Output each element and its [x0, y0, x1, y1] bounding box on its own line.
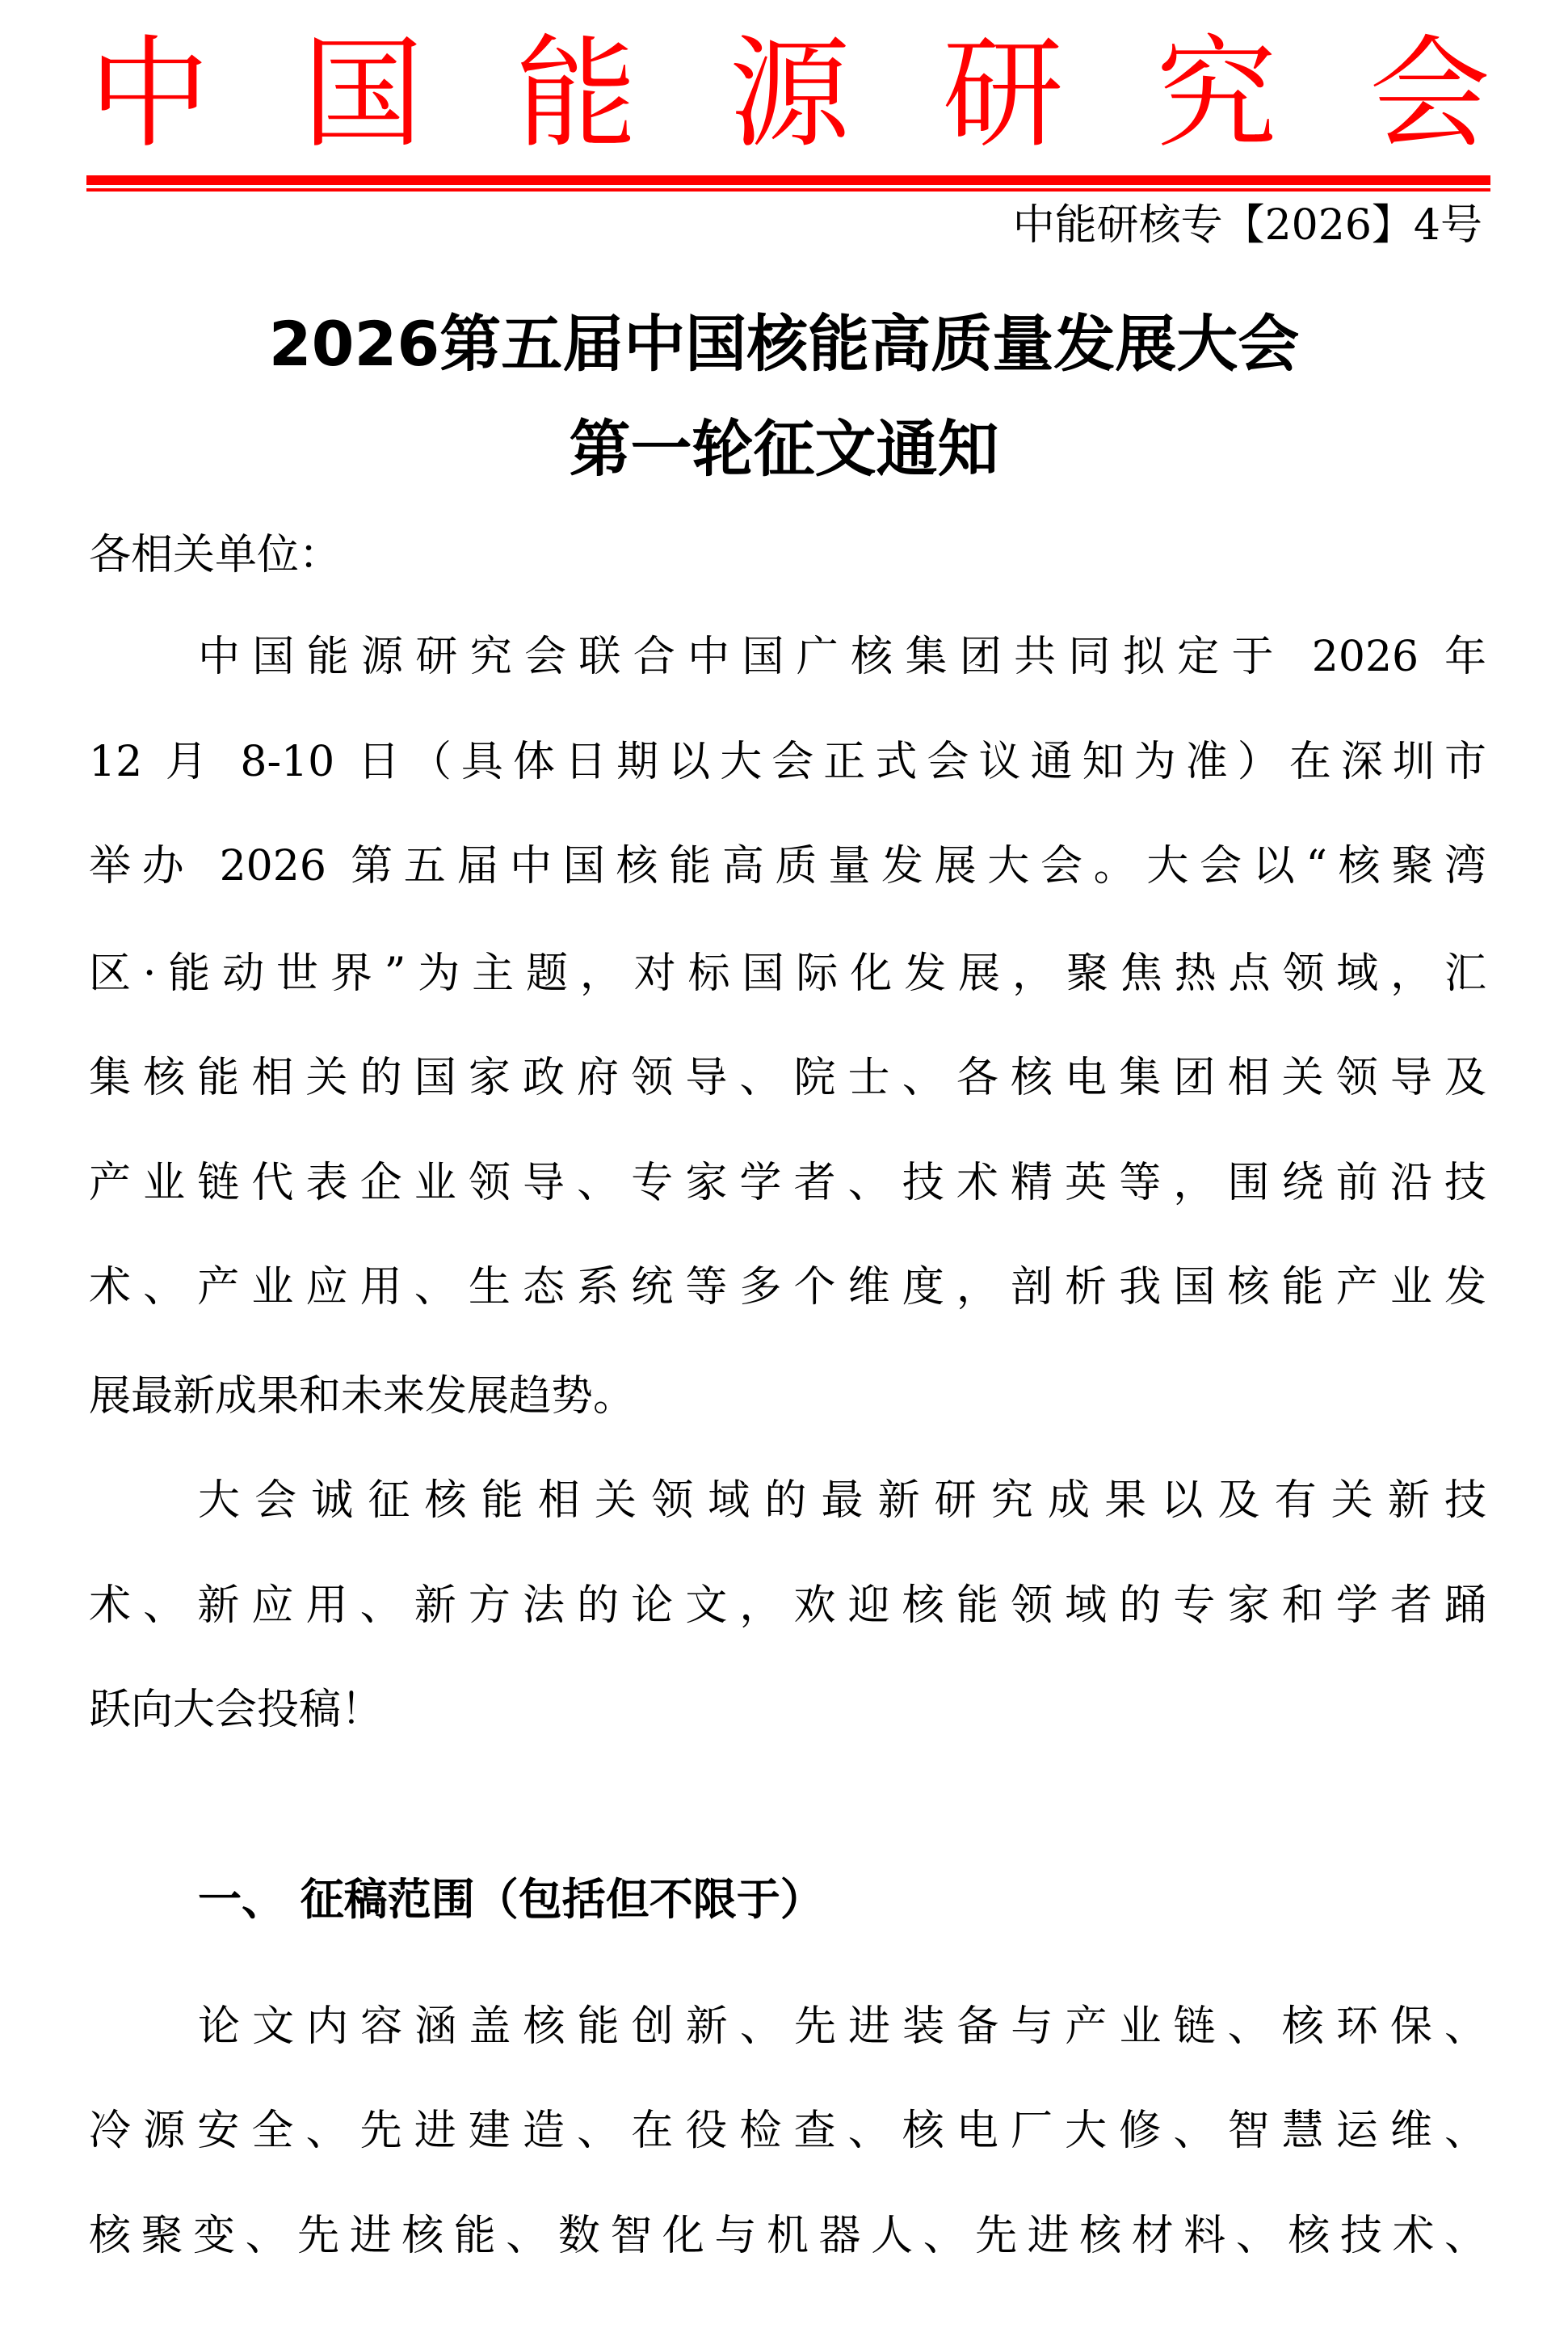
paragraph-line: 举办 2026 第五届中国核能高质量发展大会。大会以“核聚湾	[89, 838, 1486, 895]
paragraph-line: 术、新应用、新方法的论文，欢迎核能领域的专家和学者踊	[89, 1577, 1486, 1634]
paragraph-line: 大会诚征核能相关领域的最新研究成果以及有关新技	[198, 1472, 1486, 1529]
org-char: 中	[89, 24, 210, 166]
salutation: 各相关单位：	[89, 527, 1486, 583]
paragraph-line: 中国能源研究会联合中国广核集团共同拟定于 2026 年	[198, 629, 1486, 685]
org-char: 源	[729, 24, 850, 166]
document-title-line-2: 第一轮征文通知	[0, 411, 1568, 488]
paragraph-line: 论文内容涵盖核能创新、先进装备与产业链、核环保、	[198, 1998, 1486, 2055]
document-number: 中能研核专【2026】4号	[1013, 200, 1482, 251]
org-char: 会	[1369, 24, 1490, 166]
org-char: 研	[943, 24, 1064, 166]
org-char: 能	[515, 24, 637, 166]
paragraph-line: 跃向大会投稿！	[89, 1682, 1486, 1738]
paragraph-line: 展最新成果和未来发展趋势。	[89, 1368, 1486, 1425]
paragraph-line: 冷源安全、先进建造、在役检查、核电厂大修、智慧运维、	[89, 2103, 1486, 2159]
paragraph-line: 12 月 8-10 日（具体日期以大会正式会议通知为准）在深圳市	[89, 734, 1486, 790]
org-char: 国	[302, 24, 423, 166]
organization-name: 中 国 能 源 研 究 会	[89, 24, 1490, 166]
red-divider-thick	[86, 175, 1490, 185]
paragraph-line: 核聚变、先进核能、数智化与机器人、先进核材料、核技术、	[89, 2208, 1486, 2264]
paragraph-line: 产业链代表企业领导、专家学者、技术精英等，围绕前沿技	[89, 1155, 1486, 1211]
org-char: 究	[1156, 24, 1277, 166]
document-title-line-1: 2026第五届中国核能高质量发展大会	[0, 305, 1568, 383]
red-divider-thin	[86, 188, 1490, 192]
paragraph-line: 区·能动世界”为主题，对标国际化发展，聚焦热点领域，汇	[89, 945, 1486, 1002]
paragraph-line: 术、产业应用、生态系统等多个维度，剖析我国核能产业发	[89, 1259, 1486, 1316]
paragraph-line: 集核能相关的国家政府领导、院士、各核电集团相关领导及	[89, 1050, 1486, 1106]
section-heading: 一、 征稿范围（包括但不限于）	[198, 1872, 824, 1928]
